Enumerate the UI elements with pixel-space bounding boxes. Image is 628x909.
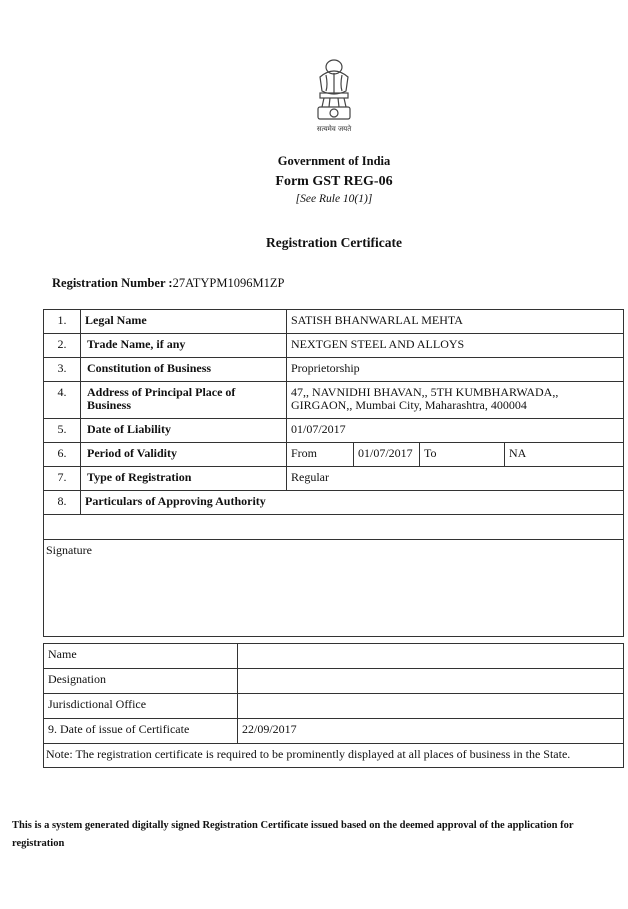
table-row: 5. Date of Liability 01/07/2017 xyxy=(44,419,624,443)
table-row: 2. Trade Name, if any NEXTGEN STEEL AND … xyxy=(44,334,624,358)
validity-to-label: To xyxy=(420,443,505,467)
row-label: Period of Validity xyxy=(81,443,287,467)
row-label: Address of Principal Place of Business xyxy=(81,382,287,419)
table-row: 7. Type of Registration Regular xyxy=(44,467,624,491)
jurisdictional-office-value xyxy=(238,694,624,719)
system-generated-footer: This is a system generated digitally sig… xyxy=(12,817,617,853)
row-number: 8. xyxy=(44,491,81,515)
row-label: Type of Registration xyxy=(81,467,287,491)
signature-label: Signature xyxy=(44,540,624,637)
designation-value xyxy=(238,669,624,694)
registration-type-value: Regular xyxy=(287,467,624,491)
row-number: 6. xyxy=(44,443,81,467)
jurisdictional-office-label: Jurisdictional Office xyxy=(44,694,238,719)
liability-date-value: 01/07/2017 xyxy=(287,419,624,443)
table-row: 9. Date of issue of Certificate 22/09/20… xyxy=(44,719,624,744)
table-row: 6. Period of Validity From 01/07/2017 To… xyxy=(44,443,624,467)
government-heading: Government of India xyxy=(0,154,628,169)
registration-number: Registration Number :27ATYPM1096M1ZP xyxy=(52,276,284,291)
row-number: 3. xyxy=(44,358,81,382)
table-row: Jurisdictional Office xyxy=(44,694,624,719)
row-number: 4. xyxy=(44,382,81,419)
table-row: 1. Legal Name SATISH BHANWARLAL MEHTA xyxy=(44,310,624,334)
signature-row: Signature xyxy=(44,540,624,637)
table-row: Name xyxy=(44,644,624,669)
row-label: Particulars of Approving Authority xyxy=(81,491,624,515)
row-number: 2. xyxy=(44,334,81,358)
issue-date-value: 22/09/2017 xyxy=(238,719,624,744)
issue-date-label: 9. Date of issue of Certificate xyxy=(44,719,238,744)
blank-cell xyxy=(44,515,624,540)
name-value xyxy=(238,644,624,669)
row-number: 7. xyxy=(44,467,81,491)
table-row: 4. Address of Principal Place of Busines… xyxy=(44,382,624,419)
row-number: 1. xyxy=(44,310,81,334)
rule-reference: [See Rule 10(1)] xyxy=(0,193,628,205)
form-title: Form GST REG-06 xyxy=(0,174,628,190)
certificate-title: Registration Certificate xyxy=(0,235,628,251)
note-row: Note: The registration certificate is re… xyxy=(44,744,624,768)
validity-to-value: NA xyxy=(505,443,624,467)
row-label: Trade Name, if any xyxy=(81,334,287,358)
legal-name-value: SATISH BHANWARLAL MEHTA xyxy=(287,310,624,334)
row-number: 5. xyxy=(44,419,81,443)
trade-name-value: NEXTGEN STEEL AND ALLOYS xyxy=(287,334,624,358)
constitution-value: Proprietorship xyxy=(287,358,624,382)
registration-number-label: Registration Number : xyxy=(52,276,173,290)
table-row: 3. Constitution of Business Proprietorsh… xyxy=(44,358,624,382)
authority-table: Name Designation Jurisdictional Office 9… xyxy=(43,643,624,768)
row-label: Date of Liability xyxy=(81,419,287,443)
validity-from-label: From xyxy=(287,443,354,467)
table-row-blank xyxy=(44,515,624,540)
display-note: Note: The registration certificate is re… xyxy=(44,744,624,768)
name-label: Name xyxy=(44,644,238,669)
table-row: 8. Particulars of Approving Authority xyxy=(44,491,624,515)
details-table: 1. Legal Name SATISH BHANWARLAL MEHTA 2.… xyxy=(43,309,624,637)
table-row: Designation xyxy=(44,669,624,694)
designation-label: Designation xyxy=(44,669,238,694)
emblem-motto: सत्यमेव जयते xyxy=(306,125,362,134)
address-value: 47,, NAVNIDHI BHAVAN,, 5TH KUMBHARWADA,,… xyxy=(287,382,624,419)
row-label: Legal Name xyxy=(81,310,287,334)
row-label: Constitution of Business xyxy=(81,358,287,382)
registration-number-value: 27ATYPM1096M1ZP xyxy=(173,276,285,290)
validity-from-value: 01/07/2017 xyxy=(354,443,420,467)
